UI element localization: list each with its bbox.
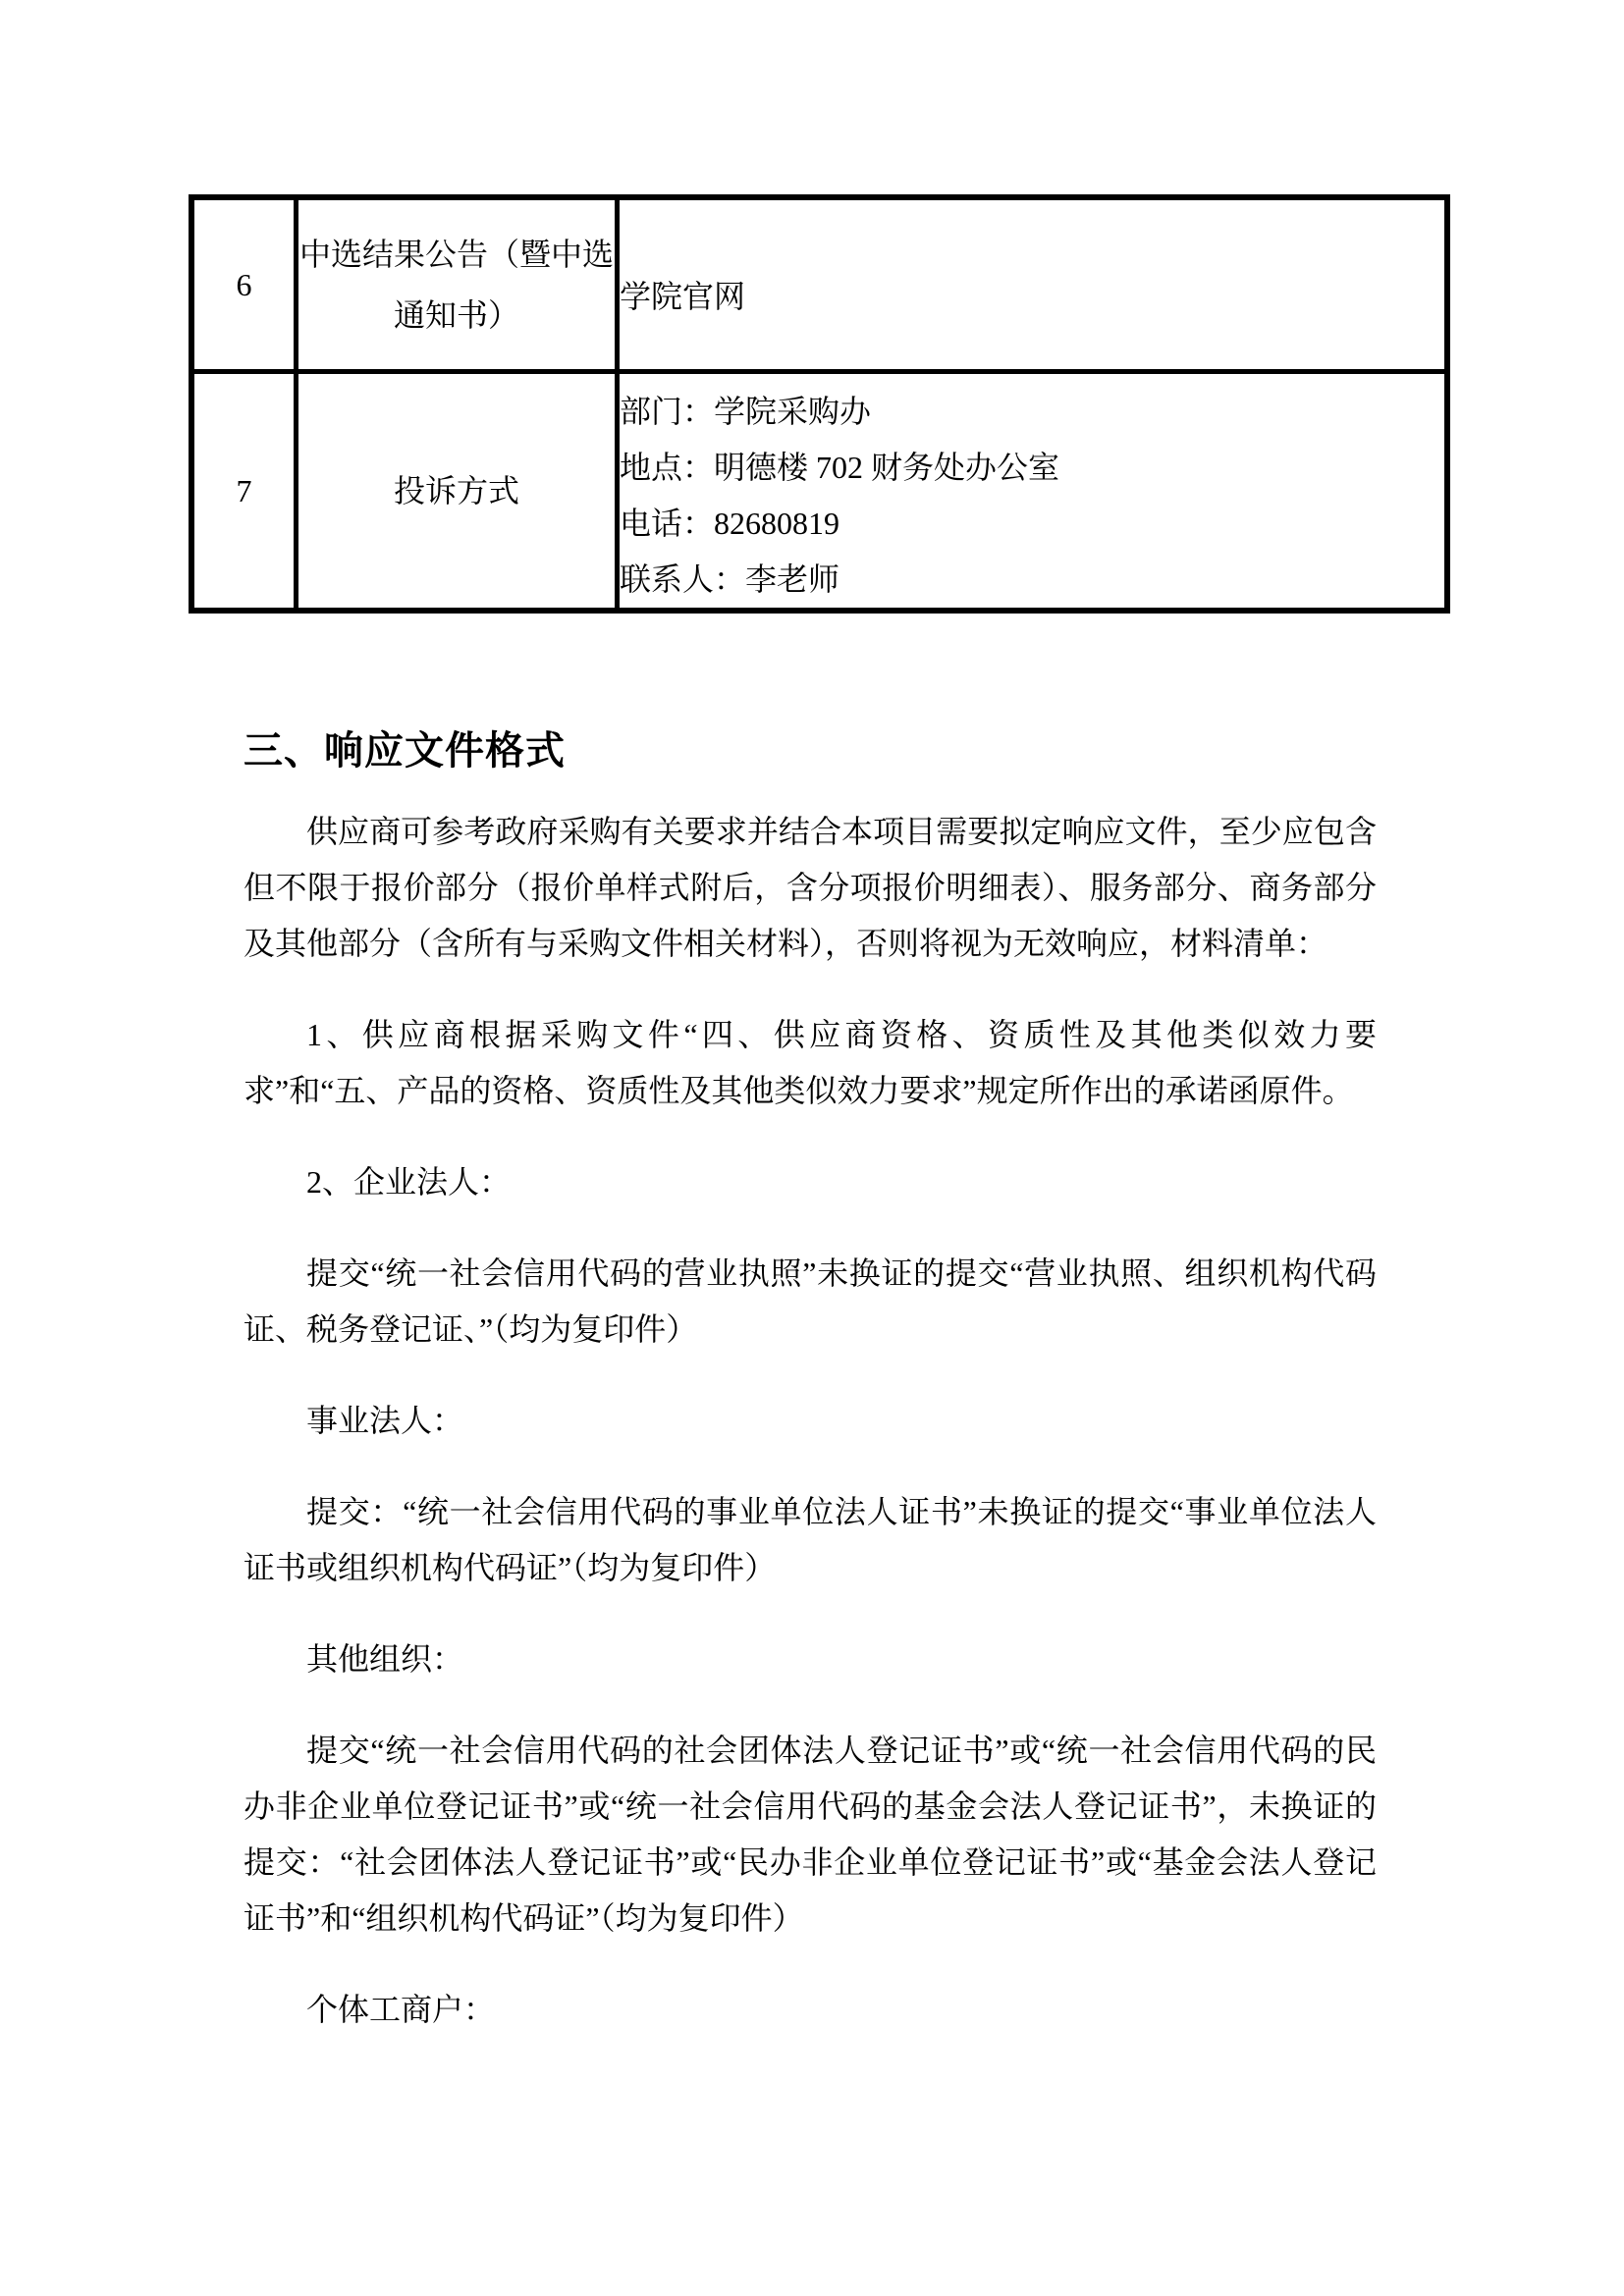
row7-content-line-contact: 联系人：李老师 <box>620 552 1444 608</box>
section-response-file-format: 三、响应文件格式 供应商可参考政府采购有关要求并结合本项目需要拟定响应文件，至少… <box>244 721 1377 2038</box>
paragraph-other-organizations-submission: 提交“统一社会信用代码的社会团体法人登记证书”或“统一社会信用代码的民办非企业单… <box>244 1723 1377 1947</box>
row6-item-label-cell: 中选结果公告（暨中选通知书） <box>297 197 618 372</box>
row7-number-cell: 7 <box>191 372 297 612</box>
row7-item-label-cell: 投诉方式 <box>297 372 618 612</box>
info-table: 6 中选结果公告（暨中选通知书） 学院官网 7 投诉方式 部门：学院采购办 地点… <box>189 194 1450 614</box>
paragraph-intro: 供应商可参考政府采购有关要求并结合本项目需要拟定响应文件，至少应包含但不限于报价… <box>244 804 1377 972</box>
row7-content-line-department: 部门：学院采购办 <box>620 384 1444 440</box>
row6-content-line: 学院官网 <box>620 269 1444 325</box>
paragraph-other-organizations: 其他组织： <box>244 1631 1377 1687</box>
row7-content-cell: 部门：学院采购办 地点：明德楼 702 财务处办公室 电话：82680819 联… <box>618 372 1448 612</box>
row7-content-line-phone: 电话：82680819 <box>620 496 1444 552</box>
document-page: 6 中选结果公告（暨中选通知书） 学院官网 7 投诉方式 部门：学院采购办 地点… <box>0 0 1624 2296</box>
paragraph-individual-business: 个体工商户： <box>244 1982 1377 2038</box>
paragraph-enterprise-submission: 提交“统一社会信用代码的营业执照”未换证的提交“营业执照、组织机构代码证、税务登… <box>244 1246 1377 1358</box>
paragraph-public-institution-submission: 提交：“统一社会信用代码的事业单位法人证书”未换证的提交“事业单位法人证书或组织… <box>244 1484 1377 1596</box>
table-row-7: 7 投诉方式 部门：学院采购办 地点：明德楼 702 财务处办公室 电话：826… <box>191 372 1447 612</box>
row6-number-cell: 6 <box>191 197 297 372</box>
table-row-6: 6 中选结果公告（暨中选通知书） 学院官网 <box>191 197 1447 372</box>
section-heading: 三、响应文件格式 <box>244 721 1377 780</box>
paragraph-public-institution-legal-person: 事业法人： <box>244 1393 1377 1449</box>
paragraph-item-2-enterprise-legal-person: 2、企业法人： <box>244 1154 1377 1210</box>
page-content: 6 中选结果公告（暨中选通知书） 学院官网 7 投诉方式 部门：学院采购办 地点… <box>189 194 1429 2038</box>
row7-content-line-location: 地点：明德楼 702 财务处办公室 <box>620 440 1444 496</box>
paragraph-item-1: 1、供应商根据采购文件“四、供应商资格、资质性及其他类似效力要求”和“五、产品的… <box>244 1007 1377 1119</box>
row6-content-cell: 学院官网 <box>618 197 1448 372</box>
